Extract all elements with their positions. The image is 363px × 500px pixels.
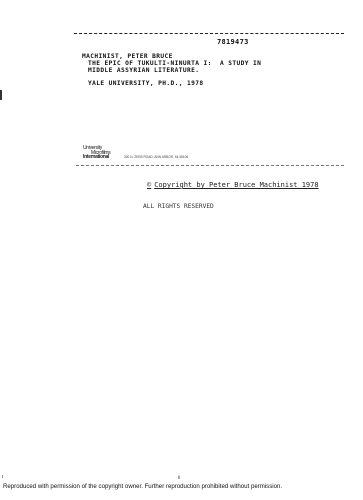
umi-logo: University Microfilms International (83, 146, 111, 160)
copyright-notice: ©Copyright by Peter Bruce Machinist 1978 (147, 181, 319, 189)
page-number: ii (178, 475, 180, 481)
copyright-symbol: © (147, 181, 151, 189)
citation-author: MACHINIST, PETER BRUCE (82, 53, 173, 60)
logo-line-international: International (83, 155, 111, 160)
citation-school: YALE UNIVERSITY, PH.D., 1978 (88, 80, 204, 87)
copyright-text: Copyright by Peter Bruce Machinist 1978 (154, 181, 318, 189)
publisher-address: 300 N. ZEEB ROAD, ANN ARBOR, MI 48106 (124, 155, 188, 159)
reproduction-footer: Reproduced with permission of the copyri… (3, 483, 282, 490)
scan-margin-mark (0, 90, 2, 100)
citation-title-line2: MIDDLE ASSYRIAN LITERATURE. (88, 67, 199, 74)
rights-reserved: ALL RIGHTS RESERVED (143, 203, 214, 210)
scan-corner-mark (2, 475, 3, 478)
citation-title-line1: THE EPIC OF TUKULTI-NINURTA I: A STUDY I… (88, 60, 261, 67)
top-divider (74, 33, 344, 34)
middle-divider (76, 165, 344, 166)
order-number: 7819473 (217, 38, 249, 46)
